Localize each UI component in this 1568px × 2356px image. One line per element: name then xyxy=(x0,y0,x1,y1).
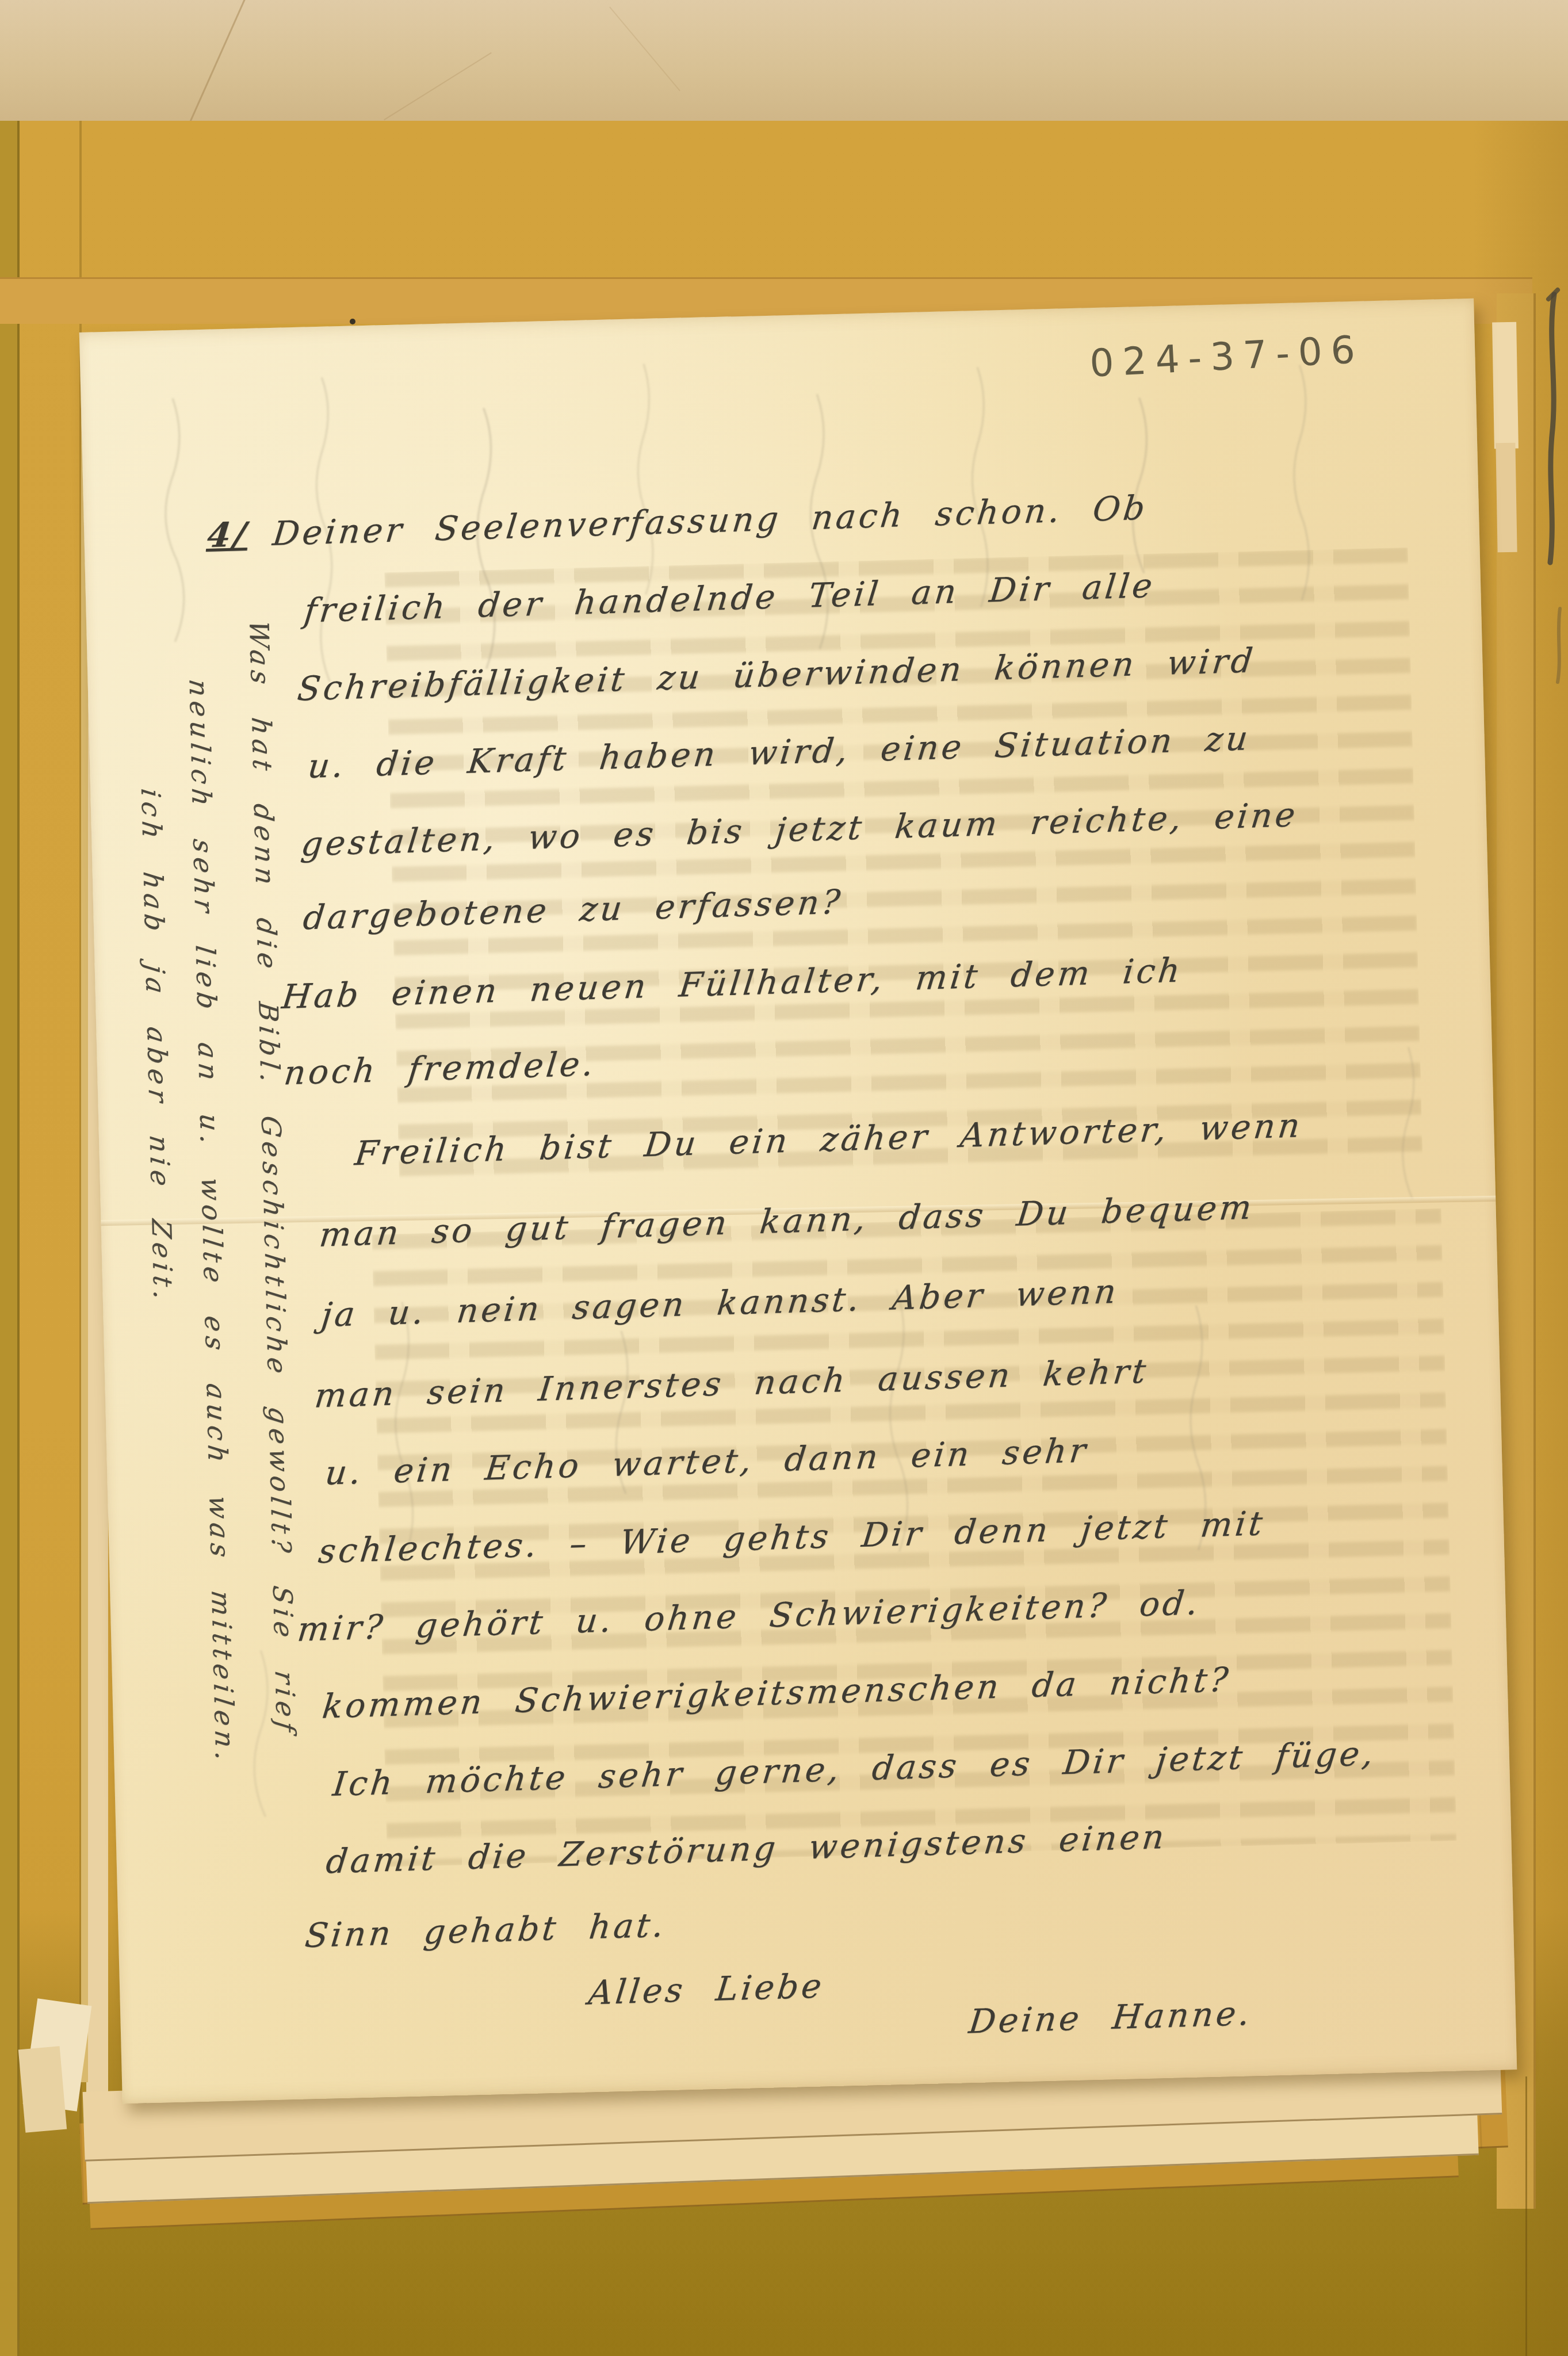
folder-crease xyxy=(1525,2076,1527,2356)
archive-photo: 024-37-06 4/Deiner Seelenverfassung nach… xyxy=(0,0,1568,2356)
pencil-mark xyxy=(1537,286,1568,724)
desk-scratch xyxy=(609,7,680,91)
folder-speck xyxy=(350,319,355,324)
stack-corner-right xyxy=(1496,443,1517,553)
page-marker: 4/ xyxy=(205,515,251,555)
folder-left-edge xyxy=(0,121,20,2356)
letter-sheet: 024-37-06 4/Deiner Seelenverfassung nach… xyxy=(79,299,1517,2103)
letter-closing: Alles Liebe xyxy=(587,1966,827,2012)
stack-corner-left xyxy=(18,2046,67,2133)
desk-scratch xyxy=(384,52,492,120)
desk-surface xyxy=(0,0,1568,125)
stack-corner-right xyxy=(1492,322,1519,449)
